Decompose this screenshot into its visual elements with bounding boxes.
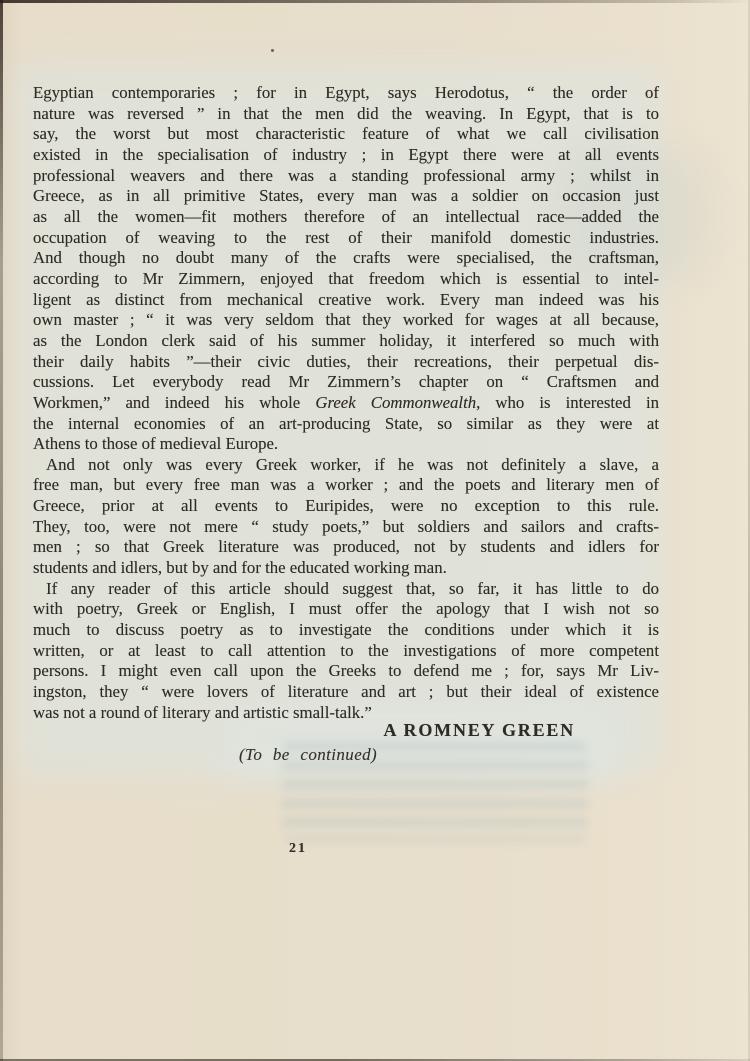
ink-speck (271, 49, 274, 52)
page-number: 21 (289, 841, 307, 857)
text-line: much to discuss poetry as to investigate… (33, 620, 659, 641)
text-line: And though no doubt many of the crafts w… (33, 248, 659, 269)
text-line: They, too, were not mere “ study poets,”… (33, 517, 659, 538)
text-line: the internal economies of an art-produci… (33, 414, 659, 435)
scanned-book-page: { "page": { "lines": [ {"segs": "Egyptia… (0, 0, 750, 1061)
text-line: as the London clerk said of his summer h… (33, 331, 659, 352)
text-line: professional weavers and there was a sta… (33, 166, 659, 187)
text-line: existed in the specialisation of industr… (33, 145, 659, 166)
scan-edge-left (0, 0, 3, 1061)
text-line: nature was reversed ” in that the men di… (33, 104, 659, 125)
text-line: say, the worst but most characteristic f… (33, 124, 659, 145)
text-line: students and idlers, but by and for the … (33, 558, 659, 579)
text-line: And not only was every Greek worker, if … (33, 455, 659, 476)
text-line: ligent as distinct from mechanical creat… (33, 290, 659, 311)
text-line: Workmen,” and indeed his whole Greek Com… (33, 393, 659, 414)
text-line: ingston, they “ were lovers of literatur… (33, 682, 659, 703)
text-line: If any reader of this article should sug… (33, 579, 659, 600)
text-line: their daily habits ”—their civic duties,… (33, 352, 659, 373)
text-line: Greece, as in all primitive States, ever… (33, 186, 659, 207)
text-line: Athens to those of medieval Europe. (33, 434, 659, 455)
text-line: written, or at least to call attention t… (33, 641, 659, 662)
scan-edge-top (0, 0, 750, 3)
text-line: as all the women—fit mothers therefore o… (33, 207, 659, 228)
continuation-notice: (To be continued) (239, 745, 377, 765)
text-line: with poetry, Greek or English, I must of… (33, 599, 659, 620)
text-line: according to Mr Zimmern, enjoyed that fr… (33, 269, 659, 290)
text-line: cussions. Let everybody read Mr Zimmern’… (33, 372, 659, 393)
text-line: men ; so that Greek literature was produ… (33, 537, 659, 558)
text-line: Greece, prior at all events to Euripides… (33, 496, 659, 517)
text-body: Egyptian contemporaries ; for in Egypt, … (33, 83, 659, 723)
text-line: persons. I might even call upon the Gree… (33, 661, 659, 682)
text-line: free man, but every free man was a worke… (33, 475, 659, 496)
author-signature: A ROMNEY GREEN (383, 720, 575, 741)
text-line: Egyptian contemporaries ; for in Egypt, … (33, 83, 659, 104)
text-line: own master ; “ it was very seldom that t… (33, 310, 659, 331)
text-line: occupation of weaving to the rest of the… (33, 228, 659, 249)
